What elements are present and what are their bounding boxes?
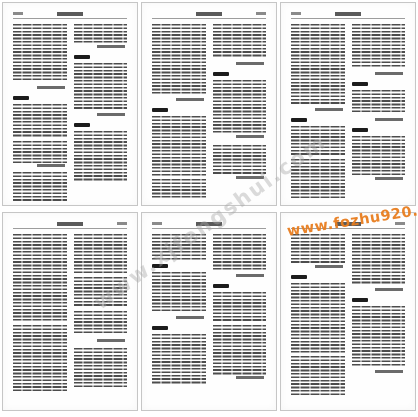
paragraph-text-block [74, 234, 128, 274]
paragraph-text-block [13, 24, 67, 82]
paragraph-text-block [213, 24, 267, 58]
source-attribution [97, 339, 125, 342]
running-title [196, 12, 222, 16]
source-attribution [176, 316, 204, 319]
running-title [196, 222, 222, 226]
running-title [335, 12, 361, 16]
paragraph-text-block [152, 334, 206, 384]
page-header [13, 10, 127, 17]
paragraph-text-block [13, 172, 67, 202]
paragraph-text-block [74, 63, 128, 109]
entry-headword [152, 108, 168, 112]
text-columns [13, 234, 127, 391]
page-number [395, 222, 405, 225]
text-column-1 [291, 234, 345, 396]
pages-grid [0, 0, 418, 417]
paragraph-text-block [213, 80, 267, 134]
paragraph-text-block [213, 292, 267, 322]
paragraph-text-block [13, 234, 67, 322]
paragraph-text-block [291, 126, 345, 156]
text-column-2 [213, 24, 267, 206]
text-column-2 [352, 24, 406, 199]
page-header [13, 220, 127, 227]
entry-headword [352, 298, 368, 302]
page-number [152, 222, 162, 225]
text-column-1 [13, 234, 67, 391]
paragraph-text-block [74, 24, 128, 44]
entry-headword [74, 55, 90, 59]
entry-gap [213, 58, 267, 61]
header-rule [291, 18, 405, 19]
page-header [291, 10, 405, 17]
text-column-1 [152, 24, 206, 206]
source-attribution [176, 98, 204, 101]
text-columns [152, 234, 266, 384]
entry-gap [13, 82, 67, 85]
paragraph-text-block [352, 234, 406, 284]
entry-gap [291, 112, 345, 117]
entry-headword [352, 82, 368, 86]
entry-headword [74, 123, 90, 127]
paragraph-text-block [352, 90, 406, 114]
source-attribution [375, 72, 403, 75]
paragraph-text-block [291, 356, 345, 396]
paragraph-text-block [74, 131, 128, 181]
paragraph-text-block [352, 306, 406, 366]
paragraph-text-block [291, 24, 345, 104]
entry-headword [291, 275, 307, 279]
text-columns [152, 24, 266, 206]
entry-headword [152, 326, 168, 330]
paragraph-text-block [213, 145, 267, 175]
source-attribution [375, 370, 403, 373]
entry-gap [352, 122, 406, 127]
text-column-1 [152, 234, 206, 384]
paragraph-text-block [13, 325, 67, 391]
page-number [256, 12, 266, 15]
entry-headword [13, 96, 29, 100]
entry-gap [152, 94, 206, 97]
entry-gap [352, 284, 406, 287]
entry-gap [213, 270, 267, 273]
source-attribution [375, 118, 403, 121]
source-attribution [37, 86, 65, 89]
entry-gap [74, 109, 128, 112]
source-attribution [236, 376, 264, 379]
paragraph-text-block [74, 277, 128, 307]
page-number [291, 12, 301, 15]
paragraph-text-block [74, 348, 128, 388]
page-scan-4 [2, 212, 138, 411]
paragraph-text-block [291, 159, 345, 199]
page-scan-1 [2, 2, 138, 206]
entry-gap [291, 269, 345, 274]
paragraph-text-block [213, 325, 267, 375]
entry-gap [74, 335, 128, 338]
text-column-2 [213, 234, 267, 384]
source-attribution [97, 113, 125, 116]
entry-headword [291, 118, 307, 122]
text-columns [291, 24, 405, 199]
entry-gap [352, 114, 406, 117]
page-header [152, 220, 266, 227]
entry-gap [352, 292, 406, 297]
text-column-2 [74, 234, 128, 391]
page-scan-2 [141, 2, 277, 206]
text-column-2 [352, 234, 406, 396]
entry-headword [352, 128, 368, 132]
entry-headword [152, 264, 168, 268]
header-rule [291, 228, 405, 229]
page-header [291, 220, 405, 227]
paragraph-text-block [152, 179, 206, 199]
source-attribution [375, 288, 403, 291]
paragraph-text-block [213, 234, 267, 270]
paragraph-text-block [152, 24, 206, 94]
header-rule [152, 228, 266, 229]
header-rule [13, 228, 127, 229]
paragraph-text-block [152, 272, 206, 312]
source-attribution [315, 108, 343, 111]
entry-gap [13, 90, 67, 95]
running-title [57, 12, 83, 16]
page-scan-3 [280, 2, 416, 206]
entry-gap [74, 49, 128, 54]
entry-gap [352, 366, 406, 369]
page-scan-6 [280, 212, 416, 411]
entry-gap [152, 312, 206, 315]
text-column-1 [291, 24, 345, 199]
source-attribution [236, 176, 264, 179]
source-attribution [97, 45, 125, 48]
source-attribution [375, 177, 403, 180]
source-attribution [236, 135, 264, 138]
entry-gap [213, 66, 267, 71]
page-number [117, 222, 127, 225]
text-column-2 [74, 24, 128, 202]
source-attribution [315, 265, 343, 268]
text-column-1 [13, 24, 67, 202]
paragraph-text-block [13, 141, 67, 163]
page-scan-5 [141, 212, 277, 411]
header-rule [13, 18, 127, 19]
entry-gap [352, 76, 406, 81]
entry-gap [152, 102, 206, 107]
entry-gap [291, 104, 345, 107]
entry-gap [352, 68, 406, 71]
entry-gap [74, 117, 128, 122]
source-attribution [37, 164, 65, 167]
header-rule [152, 18, 266, 19]
paragraph-text-block [291, 283, 345, 353]
text-columns [291, 234, 405, 396]
running-title [57, 222, 83, 226]
entry-gap [152, 260, 206, 263]
page-number [13, 12, 23, 15]
paragraph-text-block [291, 234, 345, 264]
entry-headword [213, 284, 229, 288]
paragraph-text-block [152, 234, 206, 260]
text-columns [13, 24, 127, 202]
entry-gap [152, 320, 206, 325]
source-attribution [236, 274, 264, 277]
entry-headword [213, 72, 229, 76]
entry-gap [213, 278, 267, 283]
paragraph-text-block [13, 104, 67, 138]
paragraph-text-block [352, 24, 406, 68]
paragraph-text-block [352, 136, 406, 176]
page-header [152, 10, 266, 17]
running-title [335, 222, 361, 226]
paragraph-text-block [74, 311, 128, 335]
entry-gap [213, 180, 267, 206]
scanned-document-canvas: www.xjfengshui.com www.fozhu920.com [0, 0, 418, 417]
source-attribution [236, 62, 264, 65]
paragraph-text-block [152, 116, 206, 176]
